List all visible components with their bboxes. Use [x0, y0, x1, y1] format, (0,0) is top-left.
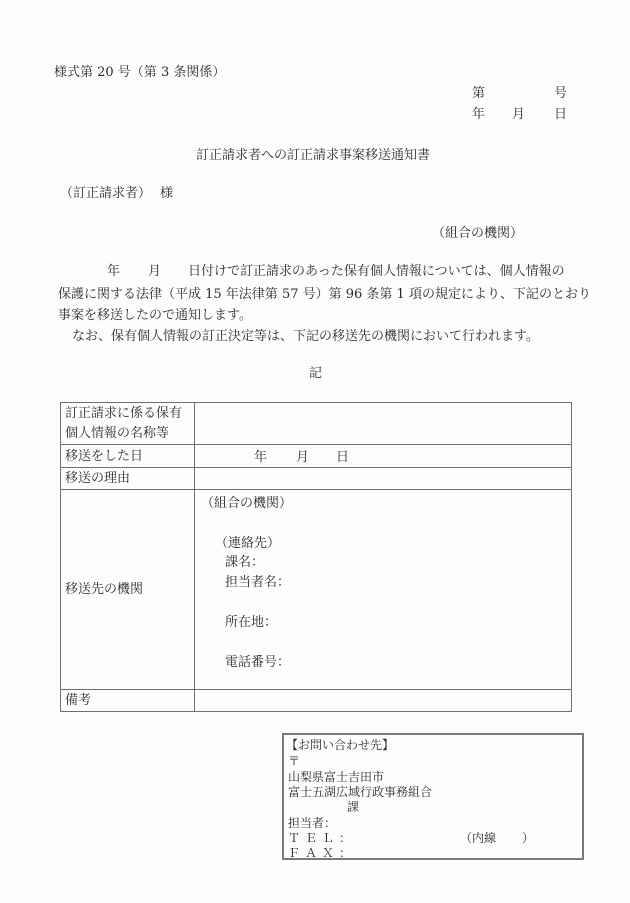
contact-tel: ＴＥＬ： [288, 832, 356, 844]
contact-org: 富士五湖広域行政事務組合 [288, 786, 432, 798]
inquiry-contact-box: 【お問い合わせ先】 〒 山梨県富士吉田市 富士五湖広域行政事務組合 課 担当者：… [282, 733, 584, 860]
body-line-1: 日付けで訂正請求のあった保有個人情報については、個人情報の [188, 265, 565, 278]
document-number-suffix: 号 [554, 87, 567, 100]
destination-agency-name: （組合の機関） [201, 497, 292, 510]
label-info-name-line1: 訂正請求に係る保有 [65, 403, 182, 424]
ki-heading: 記 [309, 367, 322, 380]
date-month: 月 [512, 108, 525, 121]
sender-agency: （組合の機関） [432, 227, 523, 240]
label-transfer-reason: 移送の理由 [65, 468, 130, 489]
date-day: 日 [554, 108, 567, 121]
body-line-4: なお、保有個人情報の訂正決定等は、下記の移送先の機関において行われます。 [72, 330, 539, 343]
table-row-transfer-date: 移送をした日 年 月 日 [61, 445, 571, 468]
postal-mark: 〒 [288, 755, 300, 767]
person-name-label: 担当者名： [225, 576, 290, 589]
table-row-transfer-reason: 移送の理由 [61, 468, 571, 490]
contact-extension-open: （内線 [460, 832, 496, 844]
body-month: 月 [148, 265, 161, 278]
contact-fax: ＦＡＸ： [288, 847, 356, 859]
addressee-honorific: 様 [160, 187, 173, 200]
addressee-label: （訂正請求者） [60, 187, 151, 200]
transfer-date-day: 日 [336, 451, 349, 464]
label-transfer-date: 移送をした日 [65, 446, 143, 467]
section-name-label: 課名： [225, 556, 264, 569]
body-year: 年 [107, 265, 120, 278]
form-number: 様式第 20 号（第 3 条関係） [54, 66, 225, 79]
transfer-date-month: 月 [296, 451, 309, 464]
document-number-prefix: 第 [472, 87, 485, 100]
document-title: 訂正請求者への訂正請求事案移送通知書 [196, 149, 430, 162]
date-year: 年 [472, 108, 485, 121]
table-row-remarks: 備考 [61, 690, 571, 712]
transfer-details-table: 訂正請求に係る保有 個人情報の名称等 移送をした日 年 月 日 移送の理由 移送… [60, 402, 572, 712]
contact-extension-close: ） [522, 832, 534, 844]
table-row-destination-agency: 移送先の機関 （組合の機関） （連絡先） 課名： 担当者名： 所在地： 電話番号… [61, 490, 571, 690]
phone-label: 電話番号： [225, 656, 290, 669]
label-remarks: 備考 [65, 690, 91, 711]
address-label: 所在地： [225, 616, 277, 629]
table-row-info-name: 訂正請求に係る保有 個人情報の名称等 [61, 403, 571, 445]
contact-heading: （連絡先） [215, 537, 280, 550]
transfer-date-year: 年 [254, 451, 267, 464]
label-info-name-line2: 個人情報の名称等 [65, 423, 169, 444]
body-line-2: 保護に関する法律（平成 15 年法律第 57 号）第 96 条第 1 項の規定に… [58, 288, 591, 301]
label-destination-agency: 移送先の機関 [65, 579, 143, 600]
contact-city: 山梨県富士吉田市 [288, 771, 384, 783]
contact-heading: 【お問い合わせ先】 [286, 739, 394, 751]
body-line-3: 事案を移送したので通知します。 [58, 309, 252, 322]
contact-person: 担当者： [288, 817, 336, 829]
contact-section: 課 [347, 801, 359, 813]
